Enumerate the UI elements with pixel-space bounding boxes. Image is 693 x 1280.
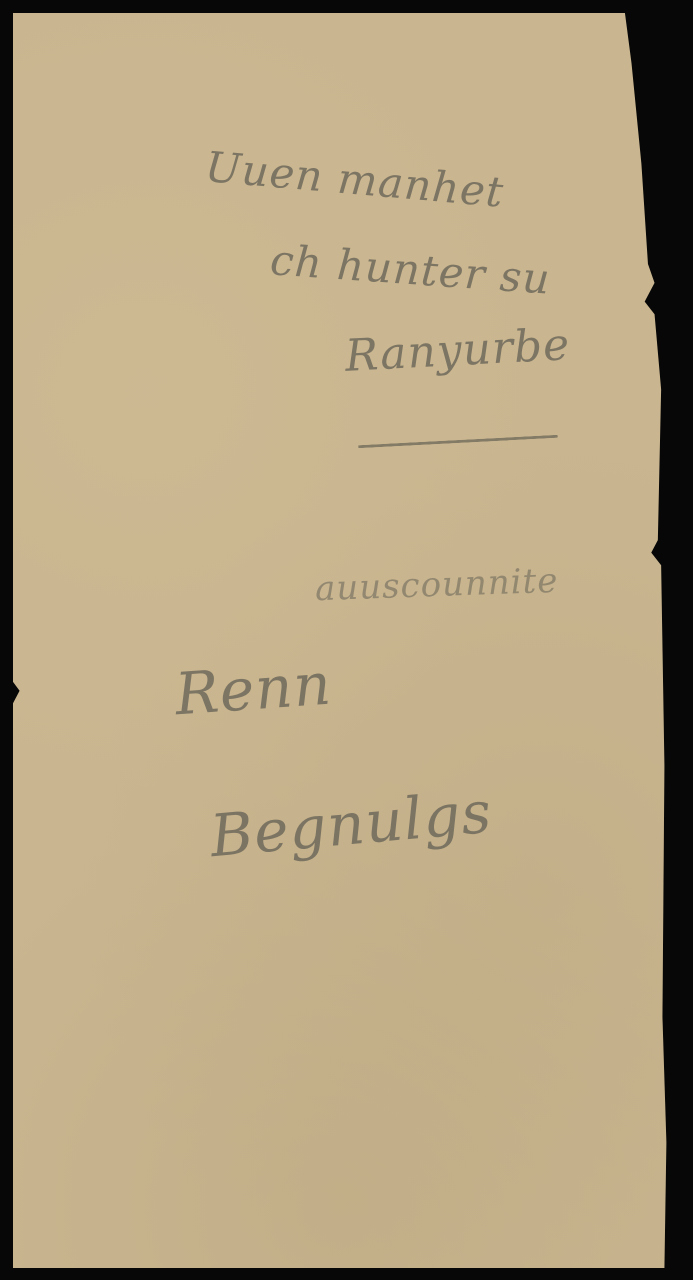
handwritten-line-4: auuscounnite	[314, 561, 559, 609]
handwritten-line-5: Renn	[173, 650, 334, 729]
